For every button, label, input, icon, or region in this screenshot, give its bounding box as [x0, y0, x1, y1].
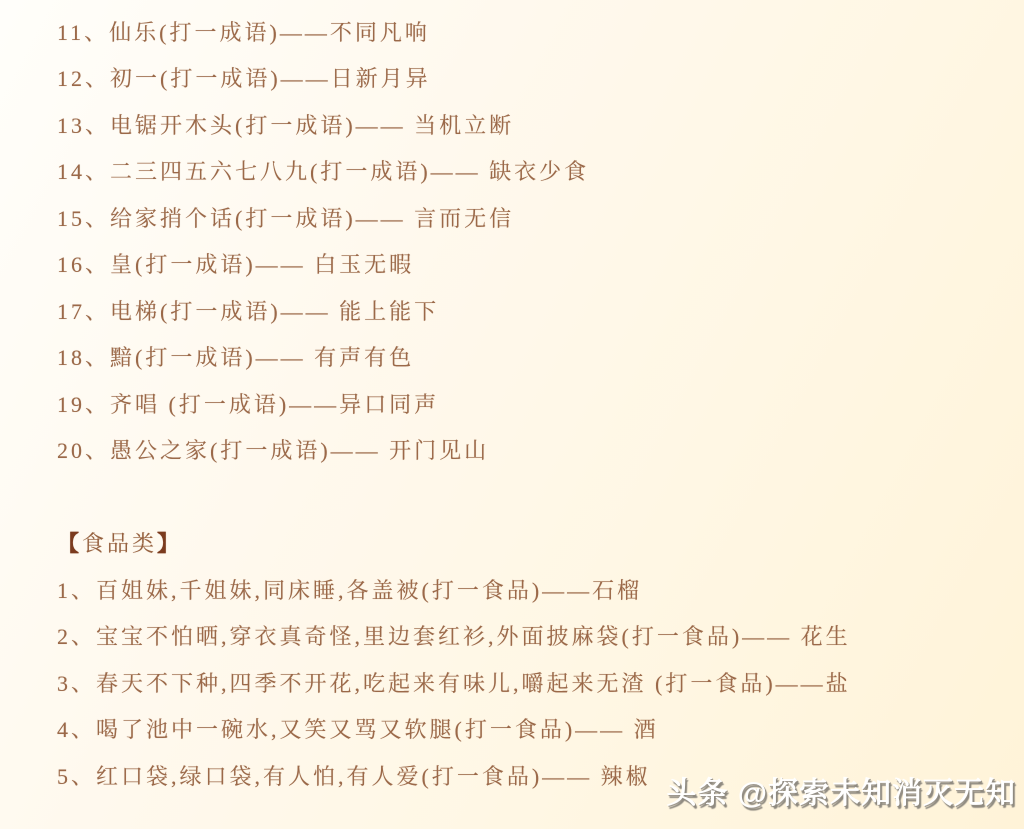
riddle-list: 11、仙乐(打一成语)——不同凡响 12、初一(打一成语)——日新月异 13、电…	[57, 8, 1004, 799]
idiom-riddle-item: 18、黯(打一成语)—— 有声有色	[57, 334, 1004, 381]
idiom-riddle-item: 11、仙乐(打一成语)——不同凡响	[57, 8, 1004, 55]
food-riddle-item: 4、喝了池中一碗水,又笑又骂又软腿(打一食品)—— 酒	[57, 706, 1004, 753]
food-riddle-item: 2、宝宝不怕晒,穿衣真奇怪,里边套红衫,外面披麻袋(打一食品)—— 花生	[57, 613, 1004, 660]
idiom-riddle-item: 20、愚公之家(打一成语)—— 开门见山	[57, 427, 1004, 474]
food-riddle-item: 1、百姐妹,千姐妹,同床睡,各盖被(打一食品)——石榴	[57, 566, 1004, 613]
idiom-riddle-item: 14、二三四五六七八九(打一成语)—— 缺衣少食	[57, 148, 1004, 195]
food-section-title: 食品类	[82, 527, 157, 558]
idiom-riddle-item: 16、皇(打一成语)—— 白玉无暇	[57, 241, 1004, 288]
toutiao-watermark: 头条 @探索未知消灭无知	[666, 768, 1016, 812]
idiom-riddle-item: 17、电梯(打一成语)—— 能上能下	[57, 287, 1004, 334]
idiom-riddle-item: 15、给家捎个话(打一成语)—— 言而无信	[57, 194, 1004, 241]
section-gap	[57, 473, 1004, 520]
idiom-riddle-item: 12、初一(打一成语)——日新月异	[57, 55, 1004, 102]
bracket-open: 【	[57, 527, 82, 558]
idiom-riddle-item: 19、齐唱 (打一成语)——异口同声	[57, 380, 1004, 427]
food-riddle-item: 3、春天不下种,四季不开花,吃起来有味儿,嚼起来无渣 (打一食品)——盐	[57, 659, 1004, 706]
food-section-header: 【 食品类 】	[57, 520, 1004, 567]
idiom-riddle-item: 13、电锯开木头(打一成语)—— 当机立断	[57, 101, 1004, 148]
bracket-close: 】	[157, 527, 182, 558]
